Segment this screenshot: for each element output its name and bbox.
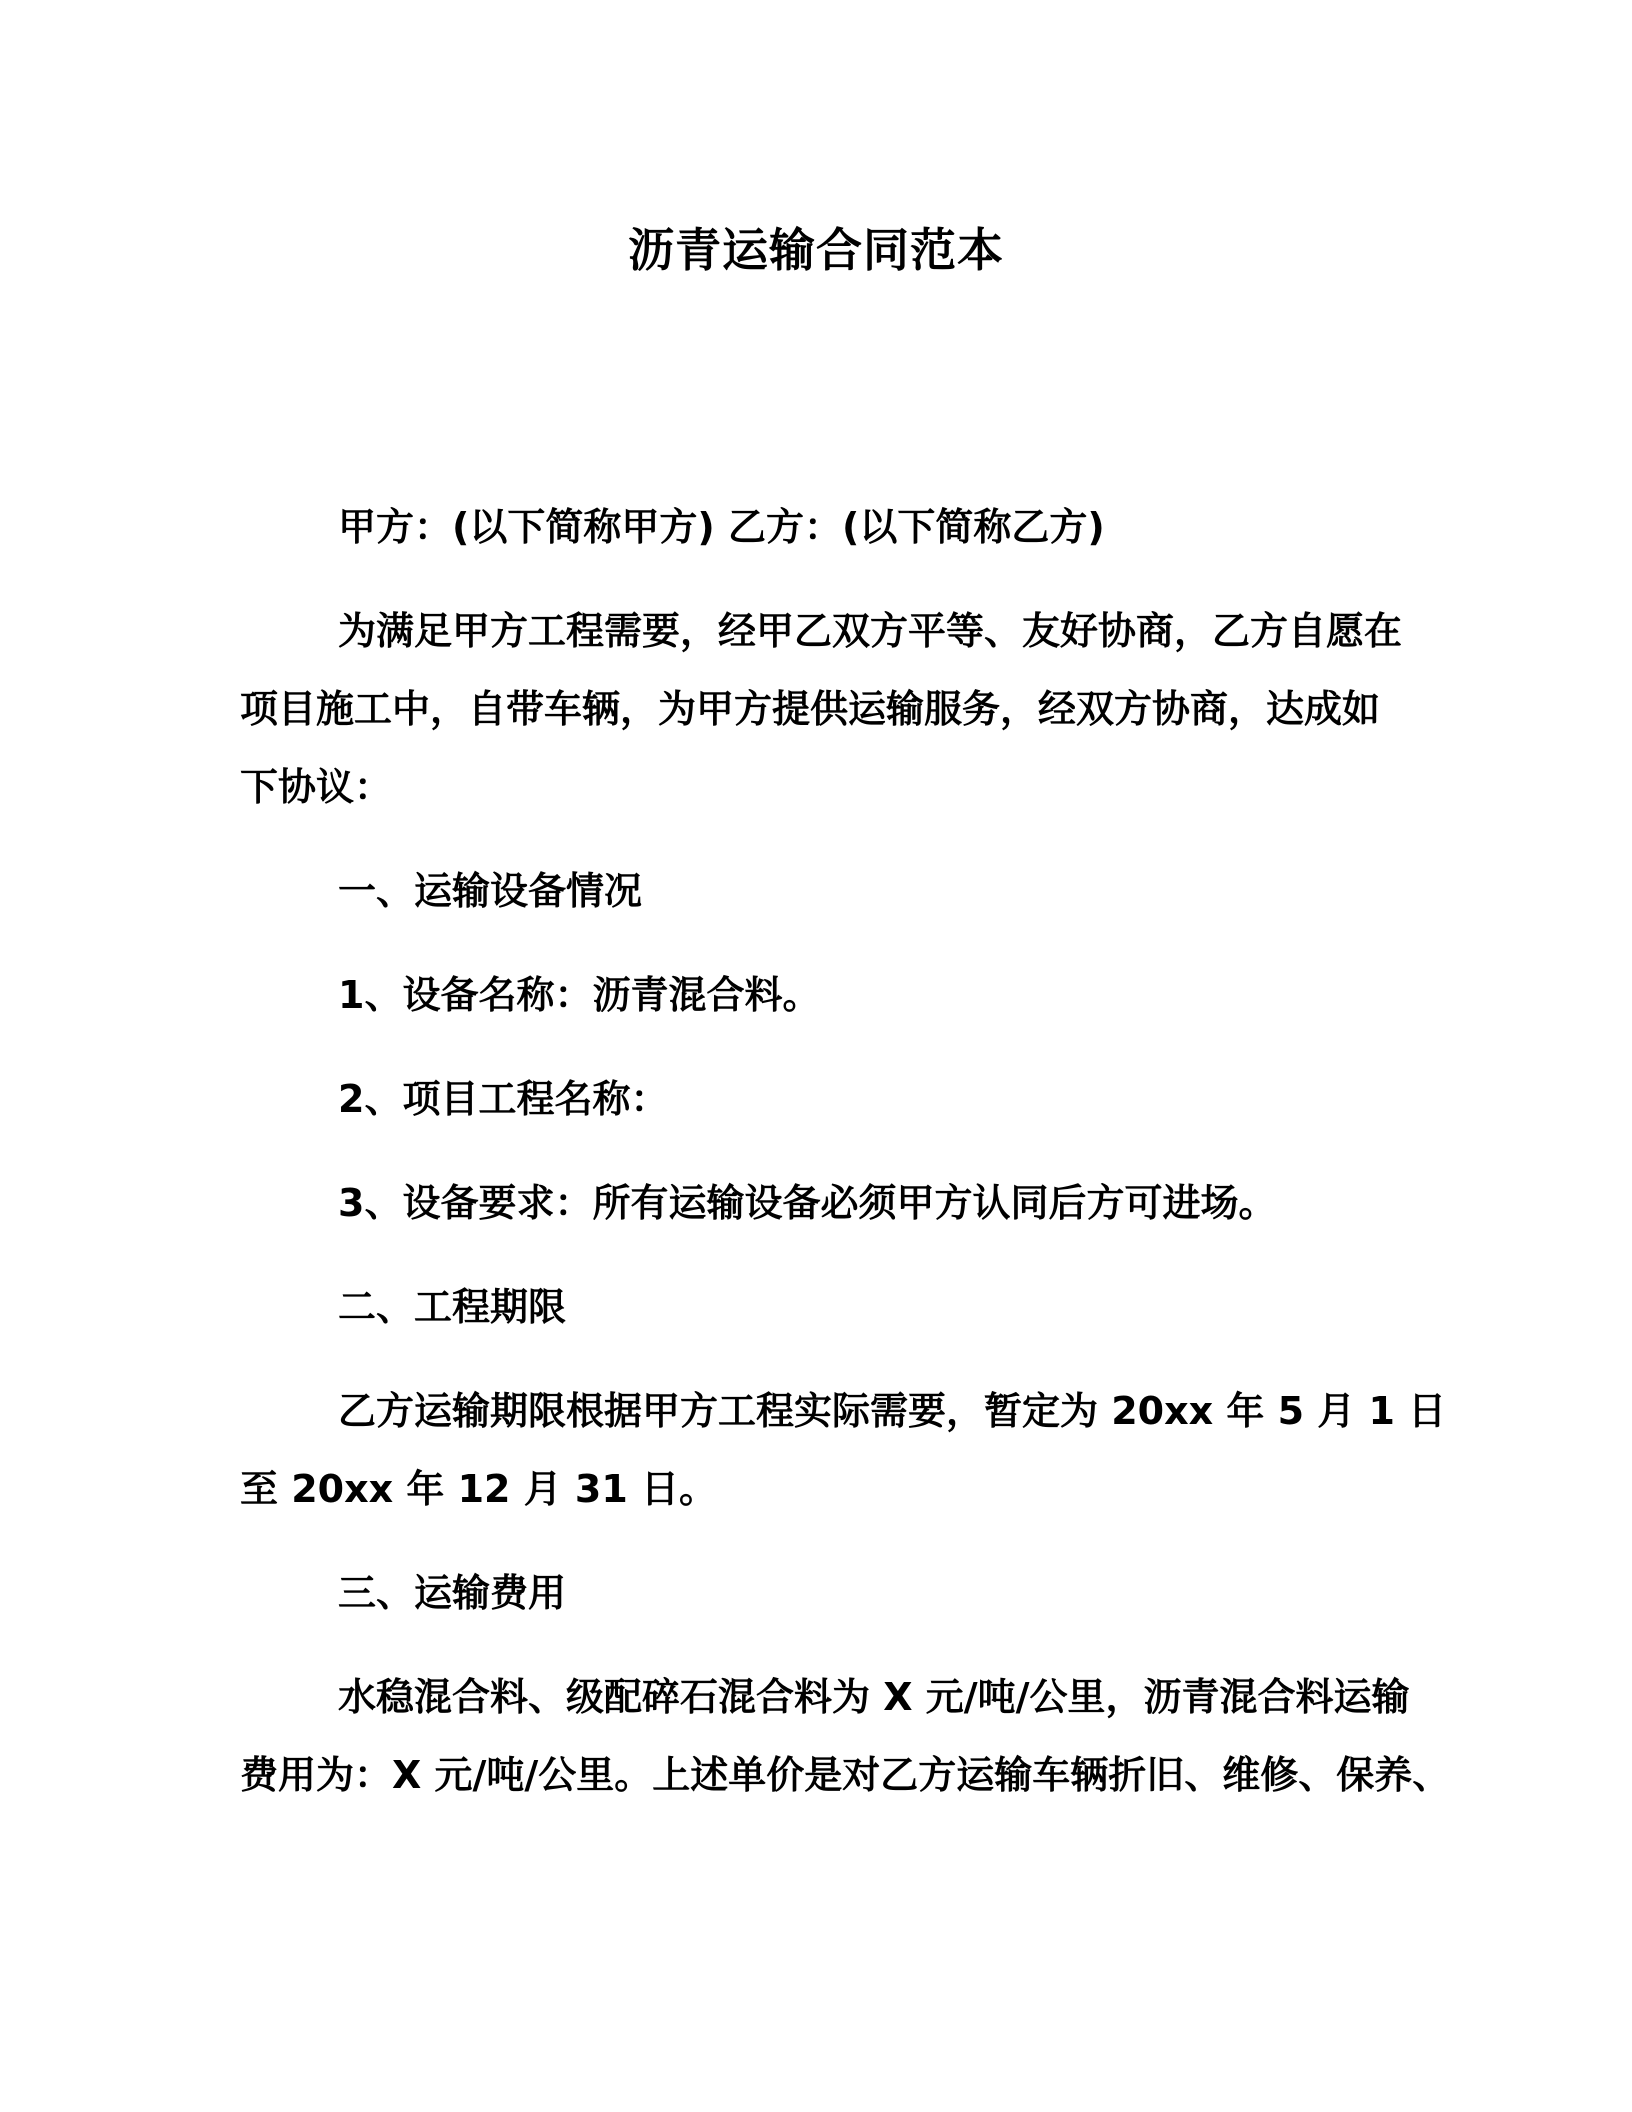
- paragraph-item-1: 1、设备名称：沥青混合料。: [240, 956, 1392, 1034]
- document-body: 甲方：(以下简称甲方) 乙方：(以下简称乙方) 为满足甲方工程需要，经甲乙双方平…: [240, 488, 1392, 1814]
- paragraph-term: 乙方运输期限根据甲方工程实际需要，暂定为 20xx 年 5 月 1 日 至 20…: [240, 1372, 1392, 1528]
- paragraph-item-3: 3、设备要求：所有运输设备必须甲方认同后方可进场。: [240, 1164, 1392, 1242]
- text-line: 费用为：X 元/吨/公里。上述单价是对乙方运输车辆折旧、维修、保养、: [240, 1736, 1392, 1814]
- text-line: 1、设备名称：沥青混合料。: [240, 956, 1392, 1034]
- text-line: 3、设备要求：所有运输设备必须甲方认同后方可进场。: [240, 1164, 1392, 1242]
- text-line: 2、项目工程名称：: [240, 1060, 1392, 1138]
- text-line: 水稳混合料、级配碎石混合料为 X 元/吨/公里，沥青混合料运输: [240, 1658, 1392, 1736]
- section-heading-1: 一、运输设备情况: [240, 852, 1392, 930]
- document-page: 沥青运输合同范本 甲方：(以下简称甲方) 乙方：(以下简称乙方) 为满足甲方工程…: [0, 0, 1632, 2112]
- paragraph-item-2: 2、项目工程名称：: [240, 1060, 1392, 1138]
- section-heading-3: 三、运输费用: [240, 1554, 1392, 1632]
- paragraph-cost: 水稳混合料、级配碎石混合料为 X 元/吨/公里，沥青混合料运输 费用为：X 元/…: [240, 1658, 1392, 1814]
- paragraph-parties: 甲方：(以下简称甲方) 乙方：(以下简称乙方): [240, 488, 1392, 566]
- text-line: 二、工程期限: [240, 1268, 1392, 1346]
- text-line: 一、运输设备情况: [240, 852, 1392, 930]
- text-line: 三、运输费用: [240, 1554, 1392, 1632]
- text-line: 为满足甲方工程需要，经甲乙双方平等、友好协商，乙方自愿在: [240, 592, 1392, 670]
- section-heading-2: 二、工程期限: [240, 1268, 1392, 1346]
- document-title: 沥青运输合同范本: [0, 0, 1632, 278]
- text-line: 乙方运输期限根据甲方工程实际需要，暂定为 20xx 年 5 月 1 日: [240, 1372, 1392, 1450]
- text-line: 下协议：: [240, 748, 1392, 826]
- text-line: 项目施工中，自带车辆，为甲方提供运输服务，经双方协商，达成如: [240, 670, 1392, 748]
- text-line: 至 20xx 年 12 月 31 日。: [240, 1450, 1392, 1528]
- paragraph-preamble: 为满足甲方工程需要，经甲乙双方平等、友好协商，乙方自愿在 项目施工中，自带车辆，…: [240, 592, 1392, 826]
- text-line: 甲方：(以下简称甲方) 乙方：(以下简称乙方): [240, 488, 1392, 566]
